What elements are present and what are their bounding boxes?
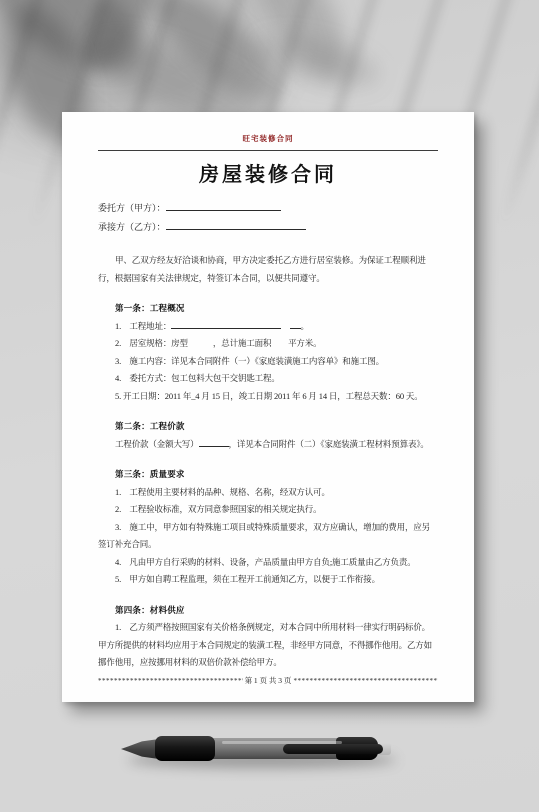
contract-item: 4. 委托方式：包工包料大包干交钥匙工程。 (98, 370, 438, 388)
contract-sections: 第一条：工程概况1. 工程地址： 。2. 居室规格：房型 ，总计施工面积 平方米… (98, 300, 438, 672)
header-divider-line (98, 150, 438, 151)
leaf-shadow (230, 0, 364, 91)
fill-in-blank-line (290, 318, 301, 329)
contract-item: 工程价款（金额大写），详见本合同附件（二）《家庭装潢工程材料预算表》。 (98, 436, 438, 454)
section-heading: 第三条：质量要求 (115, 466, 438, 484)
fill-in-blank-line (199, 436, 229, 447)
party-lines: 委托方（甲方）：承接方（乙方）： (98, 199, 438, 237)
contract-section: 第三条：质量要求1. 工程使用主要材料的品种、规格、名称，经双方认可。2. 工程… (98, 466, 438, 589)
contract-item: 1. 工程使用主要材料的品种、规格、名称，经双方认可。 (98, 484, 438, 502)
party-line: 承接方（乙方）： (98, 218, 438, 237)
contract-section: 第四条：材料供应1. 乙方须严格按照国家有关价格条例规定，对本合同中所用材料一律… (98, 602, 438, 672)
pen-grip (155, 736, 215, 761)
contract-section: 第二条：工程价款工程价款（金额大写），详见本合同附件（二）《家庭装潢工程材料预算… (98, 418, 438, 453)
contract-section: 第一条：工程概况1. 工程地址： 。2. 居室规格：房型 ，总计施工面积 平方米… (98, 300, 438, 405)
contract-page: 旺宅装修合同 房屋装修合同 委托方（甲方）：承接方（乙方）： 甲、乙双方经友好洽… (62, 112, 474, 702)
contract-item: 3. 施工中，甲方如有特殊施工项目或特殊质量要求，双方应确认，增加的费用，应另签… (98, 519, 438, 554)
leaf-shadow (140, 0, 294, 116)
party-label: 委托方（甲方）： (98, 203, 166, 213)
section-heading: 第一条：工程概况 (115, 300, 438, 318)
leaf-shadow (0, 0, 162, 97)
contract-item: 4. 凡由甲方自行采购的材料、设备，产品质量由甲方自负;施工质量由乙方负责。 (98, 554, 438, 572)
party-blank-line (166, 219, 306, 230)
section-heading: 第四条：材料供应 (115, 602, 438, 620)
contract-item: 1. 工程地址： 。 (98, 318, 438, 336)
contract-item: 2. 居室规格：房型 ，总计施工面积 平方米。 (98, 335, 438, 353)
leaf-shadow (252, 26, 383, 97)
contract-item: 2. 工程验收标准，双方同意参照国家的相关规定执行。 (98, 501, 438, 519)
party-line: 委托方（甲方）： (98, 199, 438, 218)
footer-stars-left: ****************************************… (98, 675, 243, 687)
pen-clip (283, 744, 383, 754)
contract-item: 1. 乙方须严格按照国家有关价格条例规定，对本合同中所用材料一律实行明码标价。甲… (98, 619, 438, 672)
fill-in-blank-line (171, 318, 281, 329)
intro-paragraph: 甲、乙双方经友好洽谈和协商，甲方决定委托乙方进行居室装修。为保证工程顺利进行，根… (98, 252, 438, 287)
contract-title: 房屋装修合同 (98, 162, 438, 188)
document-header-label: 旺宅装修合同 (98, 133, 438, 145)
contract-item: 5. 开工日期：2011 年_4 月 15 日，竣工日期 2011 年 6 月 … (98, 388, 438, 406)
contract-item: 3. 施工内容：详见本合同附件（一）《家庭装潢施工内容单》和施工图。 (98, 353, 438, 371)
footer-stars-right: ****************************************… (293, 675, 438, 687)
page-number: 第 1 页 共 3 页 (243, 675, 294, 687)
section-heading: 第二条：工程价款 (115, 418, 438, 436)
party-label: 承接方（乙方）： (98, 222, 166, 232)
photo-backdrop: 旺宅装修合同 房屋装修合同 委托方（甲方）：承接方（乙方）： 甲、乙双方经友好洽… (0, 0, 539, 812)
party-blank-line (166, 200, 281, 211)
contract-item: 5. 甲方如自聘工程监理，须在工程开工前通知乙方，以便于工作衔接。 (98, 571, 438, 589)
leaf-shadow (70, 0, 176, 80)
page-footer: ****************************************… (98, 675, 438, 687)
